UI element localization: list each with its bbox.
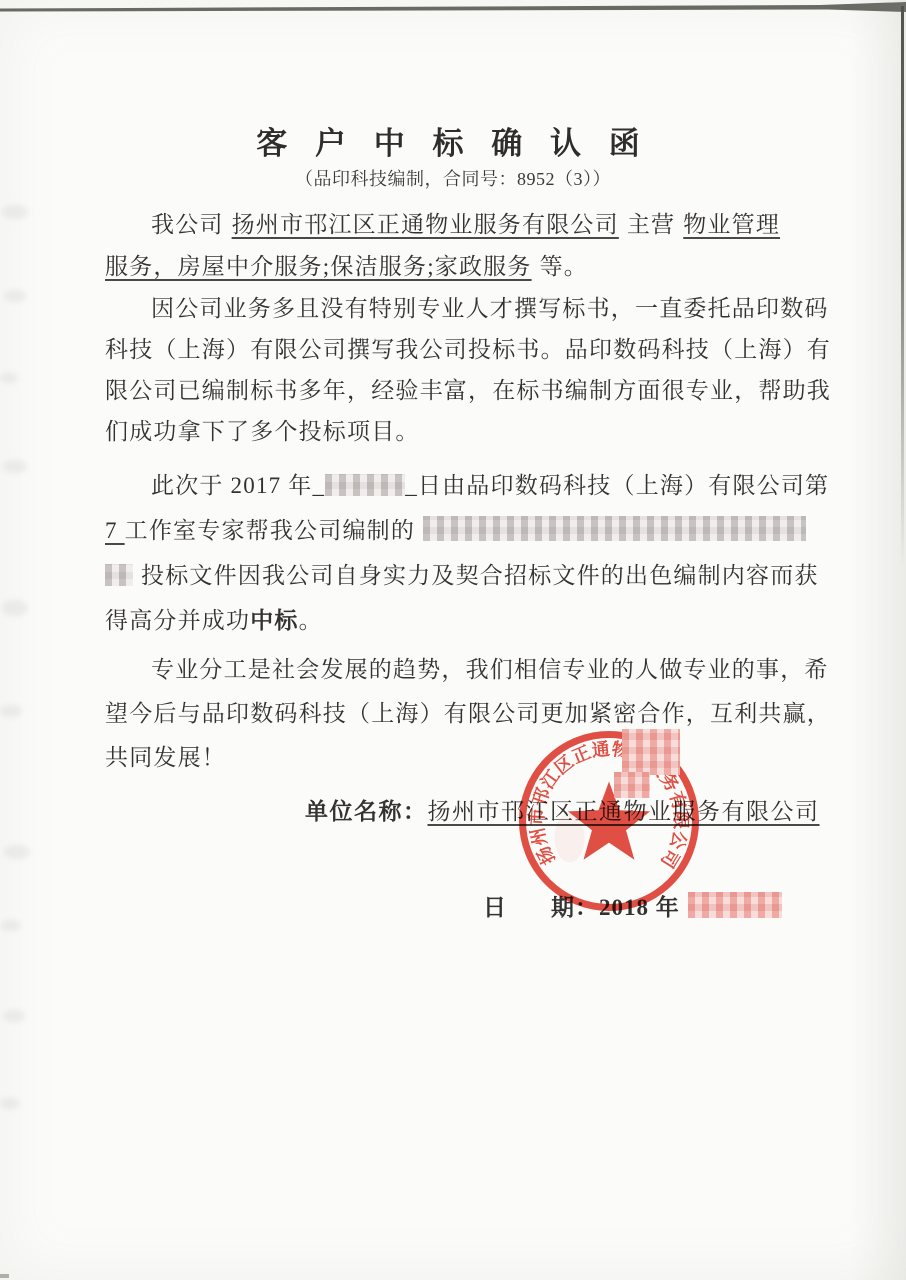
scan-smudge [1, 920, 21, 931]
paragraph-intro: 我公司扬州市邗江区正通物业服务有限公司主营物业管理 服务，房屋中介服务;保洁服务… [105, 204, 817, 288]
redaction-block-stamp-top [622, 729, 680, 775]
intro-lead: 我公司 [151, 212, 224, 237]
scan-corner-mark [0, 1274, 9, 1278]
redaction-block-date [325, 474, 405, 496]
org-name-label: 单位名称： [305, 799, 428, 824]
business-scope-1: 物业管理 [683, 212, 780, 237]
scan-right-shade [850, 0, 906, 1280]
body-text: _日由品印数码科技（上海）有限公司第 [405, 473, 829, 498]
scan-smudge [4, 290, 26, 302]
paragraph-background: 因公司业务多且没有特别专业人才撰写标书，一直委托品印数码 科技（上海）有限公司撰… [105, 288, 817, 452]
body-text: 工作室专家帮我公司编制的 [125, 518, 415, 543]
business-scope-2: 服务，房屋中介服务;保洁服务;家政服务 [105, 254, 532, 279]
scan-smudge [3, 460, 27, 473]
body-text: 限公司已编制标书多年，经验丰富，在标书编制方面很专业，帮助我 [105, 378, 831, 403]
company-name-underlined: 扬州市邗江区正通物业服务有限公司 [232, 212, 619, 237]
body-text: 专业分工是社会发展的趋势，我们相信专业的人做专业的事，希 [151, 657, 829, 682]
intro-tail: 等。 [540, 254, 588, 279]
bid-won-bold: 中标 [250, 608, 298, 633]
studio-number-underlined: 7 [105, 518, 125, 543]
body-text: 科技（上海）有限公司撰写我公司投标书。品印数码科技（上海）有 [105, 337, 831, 362]
body-text: 因公司业务多且没有特别专业人才撰写标书，一直委托品印数码 [151, 296, 829, 321]
doc-title: 客 户 中 标 确 认 函 [0, 118, 906, 163]
redaction-block-small [105, 564, 133, 586]
scan-smudge [0, 1098, 20, 1109]
scan-smudge [3, 1010, 25, 1022]
scan-smudge [2, 600, 28, 616]
body-text: 投标文件因我公司自身实力及契合招标文件的出色编制内容而获 [141, 563, 819, 588]
paragraph-closing: 专业分工是社会发展的趋势，我们相信专业的人做专业的事，希 望今后与品印数码科技（… [105, 648, 817, 780]
body-text: 望今后与品印数码科技（上海）有限公司更加紧密合作，互利共赢， [105, 701, 831, 726]
scan-smudge [0, 705, 22, 717]
body-text: 得高分并成功 [105, 608, 250, 633]
intro-mid: 主营 [627, 212, 675, 237]
body-text: 此次于 2017 年_ [151, 473, 325, 498]
body-text: 们成功拿下了多个投标项目。 [105, 419, 420, 444]
body-text: 。 [299, 608, 323, 633]
scan-top-edge [0, 0, 906, 16]
redaction-block-project-name [423, 516, 806, 541]
date-label-left: 日 [483, 895, 507, 920]
redaction-block-stamp-lower [614, 772, 650, 798]
scan-smudge [2, 205, 28, 219]
scan-smudge [0, 373, 18, 383]
doc-subtitle: （品印科技编制，合同号：8952（3）） [0, 165, 906, 191]
scan-smudge [4, 845, 30, 859]
paragraph-bid-result: 此次于 2017 年__日由品印数码科技（上海）有限公司第 7 工作室专家帮我公… [105, 463, 817, 643]
scanned-letter-page: 客 户 中 标 确 认 函 （品印科技编制，合同号：8952（3）） 我公司扬州… [0, 0, 906, 1280]
body-text: 共同发展！ [105, 745, 226, 770]
